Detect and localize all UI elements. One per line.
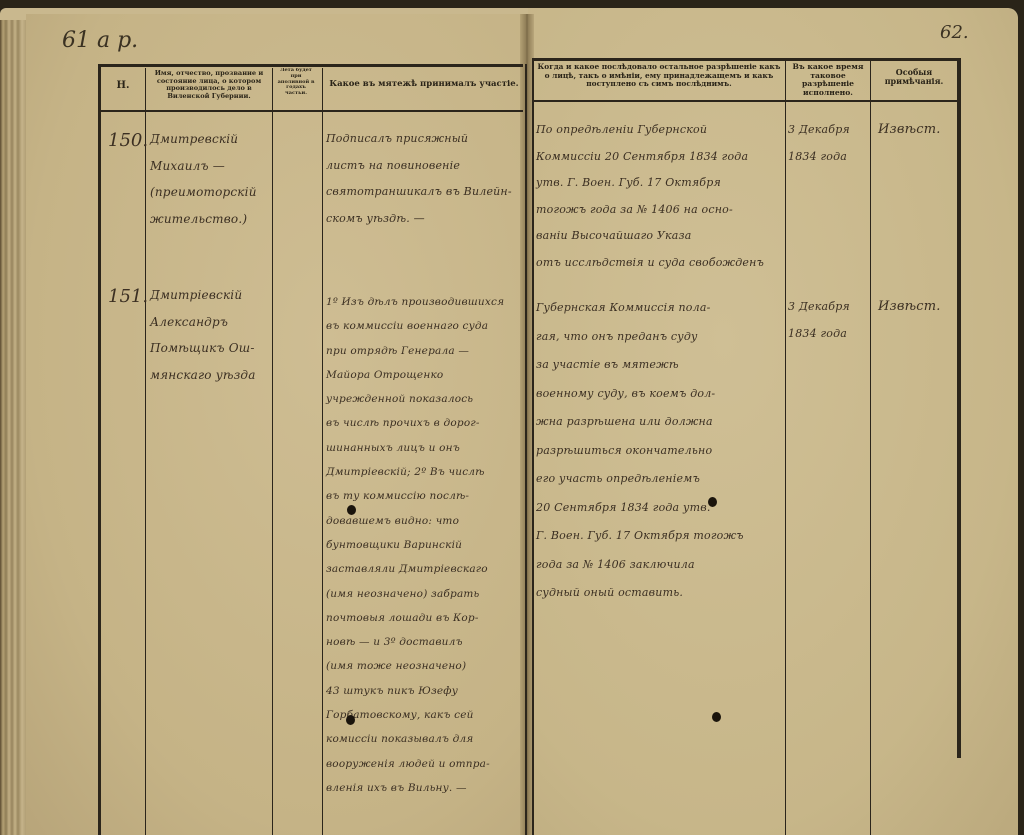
row-151-participation: 1º Изъ дѣлъ производившихся въ коммиссіи… (326, 290, 524, 800)
frame-left (98, 64, 101, 835)
row-150-executed: 3 Декабря 1834 года (788, 117, 870, 170)
header-rule-left (98, 110, 523, 112)
col-divider-1 (145, 68, 146, 835)
frame-left-page-right (525, 64, 527, 835)
folio-right: 62. (940, 22, 969, 43)
header-participation: Какое въ мятежѣ принималъ участіе. (326, 80, 522, 90)
col-divider-3 (322, 68, 323, 835)
row-150-resolution: По опредѣленіи Губернской Коммиссіи 20 С… (536, 117, 786, 276)
header-age: Лета будет при аполивной в годахъ частьи… (276, 68, 316, 110)
col-divider-5 (870, 58, 871, 835)
header-rule-right (532, 100, 957, 102)
binding-hole (347, 505, 356, 515)
top-rule-left (98, 64, 523, 67)
binding-hole (708, 497, 717, 507)
row-150-name: Дмитревскій Михаилъ — (преимоторскій жит… (150, 126, 274, 232)
row-150-number: 150. (108, 130, 148, 151)
header-resolution: Когда и какое послѣдовало остальное разр… (535, 63, 783, 89)
header-number: Н. (102, 80, 144, 92)
header-name: Имя, отчество, прозвание и состояние лиц… (148, 70, 270, 100)
header-remarks: Особыя примѣчанія. (873, 68, 955, 86)
header-executed: Въ какое время таковое разрѣшеніе исполн… (788, 63, 868, 98)
row-151-number: 151. (108, 286, 148, 307)
binding-hole (346, 715, 355, 725)
frame-right-page-left (532, 58, 534, 835)
row-151-remarks: Извѣст. (878, 294, 956, 321)
frame-right (957, 58, 961, 758)
binding-hole (712, 712, 721, 722)
row-151-resolution: Губернская Коммиссія пола- гая, что онъ … (536, 294, 786, 608)
row-151-name: Дмитріевскій Александръ Помѣщикъ Ош- мян… (150, 282, 274, 388)
row-150-remarks: Извѣст. (878, 117, 956, 144)
folio-left: 61 а р. (62, 28, 138, 53)
top-rule-right (532, 58, 957, 61)
row-151-executed: 3 Декабря 1834 года (788, 294, 870, 347)
row-150-participation: Подписалъ присяжный листъ на повиновеніе… (326, 126, 524, 232)
